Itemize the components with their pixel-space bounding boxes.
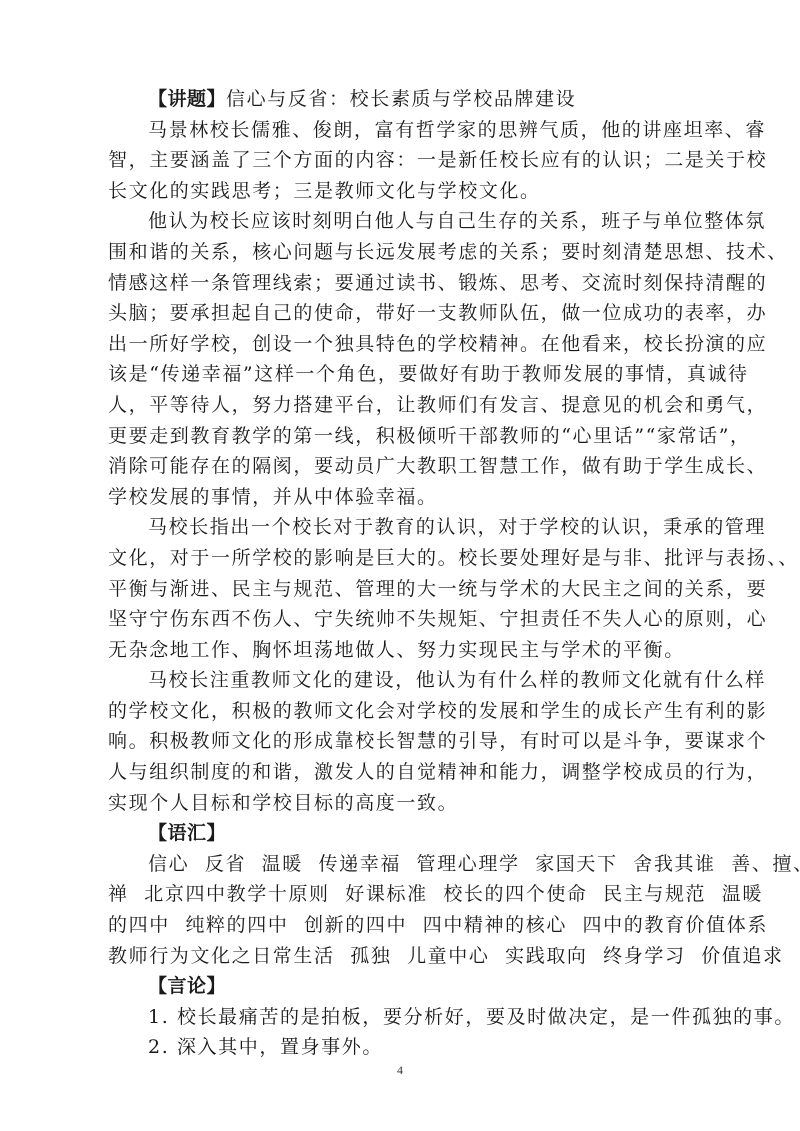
- document-page: 【讲题】信心与反省：校长素质与学校品牌建设 马景林校长儒雅、俊朗，富有哲学家的思…: [0, 0, 800, 1131]
- paragraph-line: 马景林校长儒雅、俊朗，富有哲学家的思辨气质，他的讲座坦率、睿: [108, 115, 708, 146]
- paragraph-line: 出一所好学校，创设一个独具特色的学校精神。在他看来，校长扮演的应: [108, 329, 708, 360]
- page-number: 4: [0, 1063, 800, 1078]
- paragraph-line: 坚守宁伤东西不伤人、宁失统帅不失规矩、宁担责任不失人心的原则，心: [108, 604, 708, 635]
- lecture-topic-label: 【讲题】: [148, 88, 226, 110]
- paragraph-line: 人，平等待人，努力搭建平台，让教师们有发言、提意见的机会和勇气，: [108, 390, 708, 421]
- paragraph-line: 该是“传递幸福”这样一个角色，要做好有助于教师发展的事情，真诚待: [108, 359, 708, 390]
- paragraph-principal-role: 他认为校长应该时刻明白他人与自己生存的关系，班子与单位整体氛 围和谐的关系，核心…: [108, 206, 708, 512]
- vocabulary-line: 教师行为文化之日常生活 孤独 儿童中心 实践取向 终身学习 价值追求: [108, 941, 708, 972]
- page-content: 【讲题】信心与反省：校长素质与学校品牌建设 马景林校长儒雅、俊朗，富有哲学家的思…: [108, 84, 708, 1063]
- paragraph-line: 学校发展的事情，并从中体验幸福。: [108, 482, 708, 513]
- paragraph-management-culture: 马校长指出一个校长对于教育的认识，对于学校的认识，秉承的管理 文化，对于一所学校…: [108, 512, 708, 665]
- remark-item: 1. 校长最痛苦的是拍板，要分析好，要及时做决定，是一件孤独的事。: [108, 1002, 708, 1033]
- vocabulary-list: 信心 反省 温暖 传递幸福 管理心理学 家国天下 舍我其谁 善、擅、 禅 北京四…: [108, 849, 708, 971]
- paragraph-line: 马校长注重教师文化的建设，他认为有什么样的教师文化就有什么样: [108, 665, 708, 696]
- vocabulary-line: 禅 北京四中教学十原则 好课标准 校长的四个使命 民主与规范 温暖: [108, 879, 708, 910]
- paragraph-line: 情感这样一条管理线索；要通过读书、锻炼、思考、交流时刻保持清醒的: [108, 268, 708, 299]
- lecture-topic-title: 信心与反省：校长素质与学校品牌建设: [226, 88, 576, 110]
- paragraph-teacher-culture: 马校长注重教师文化的建设，他认为有什么样的教师文化就有什么样 的学校文化，积极的…: [108, 665, 708, 818]
- vocabulary-heading: 【语汇】: [108, 818, 708, 849]
- paragraph-line: 文化，对于一所学校的影响是巨大的。校长要处理好是与非、批评与表扬、、: [108, 543, 708, 574]
- paragraph-line: 智，主要涵盖了三个方面的内容：一是新任校长应有的认识；二是关于校: [108, 145, 708, 176]
- remark-item: 2. 深入其中，置身事外。: [108, 1032, 708, 1063]
- paragraph-line: 响。积极教师文化的形成靠校长智慧的引导，有时可以是斗争，要谋求个: [108, 726, 708, 757]
- vocabulary-line: 的四中 纯粹的四中 创新的四中 四中精神的核心 四中的教育价值体系: [108, 910, 708, 941]
- paragraph-intro: 马景林校长儒雅、俊朗，富有哲学家的思辨气质，他的讲座坦率、睿 智，主要涵盖了三个…: [108, 115, 708, 207]
- paragraph-line: 人与组织制度的和谐，激发人的自觉精神和能力，调整学校成员的行为，: [108, 757, 708, 788]
- remarks-heading: 【言论】: [108, 971, 708, 1002]
- paragraph-line: 头脑；要承担起自己的使命，带好一支教师队伍，做一位成功的表率，办: [108, 298, 708, 329]
- paragraph-line: 马校长指出一个校长对于教育的认识，对于学校的认识，秉承的管理: [108, 512, 708, 543]
- paragraph-line: 他认为校长应该时刻明白他人与自己生存的关系，班子与单位整体氛: [108, 206, 708, 237]
- paragraph-line: 长文化的实践思考；三是教师文化与学校文化。: [108, 176, 708, 207]
- remarks-list: 1. 校长最痛苦的是拍板，要分析好，要及时做决定，是一件孤独的事。 2. 深入其…: [108, 1002, 708, 1063]
- paragraph-line: 围和谐的关系，核心问题与长远发展考虑的关系；要时刻清楚思想、技术、: [108, 237, 708, 268]
- paragraph-line: 更要走到教育教学的第一线，积极倾听干部教师的“心里话”“家常话”，: [108, 421, 708, 452]
- vocabulary-line: 信心 反省 温暖 传递幸福 管理心理学 家国天下 舍我其谁 善、擅、: [108, 849, 708, 880]
- lecture-topic-heading: 【讲题】信心与反省：校长素质与学校品牌建设: [108, 84, 708, 115]
- paragraph-line: 实现个人目标和学校目标的高度一致。: [108, 788, 708, 819]
- paragraph-line: 消除可能存在的隔阂，要动员广大教职工智慧工作，做有助于学生成长、: [108, 451, 708, 482]
- paragraph-line: 平衡与渐进、民主与规范、管理的大一统与学术的大民主之间的关系，要: [108, 574, 708, 605]
- paragraph-line: 无杂念地工作、胸怀坦荡地做人、努力实现民主与学术的平衡。: [108, 635, 708, 666]
- paragraph-line: 的学校文化，积极的教师文化会对学校的发展和学生的成长产生有利的影: [108, 696, 708, 727]
